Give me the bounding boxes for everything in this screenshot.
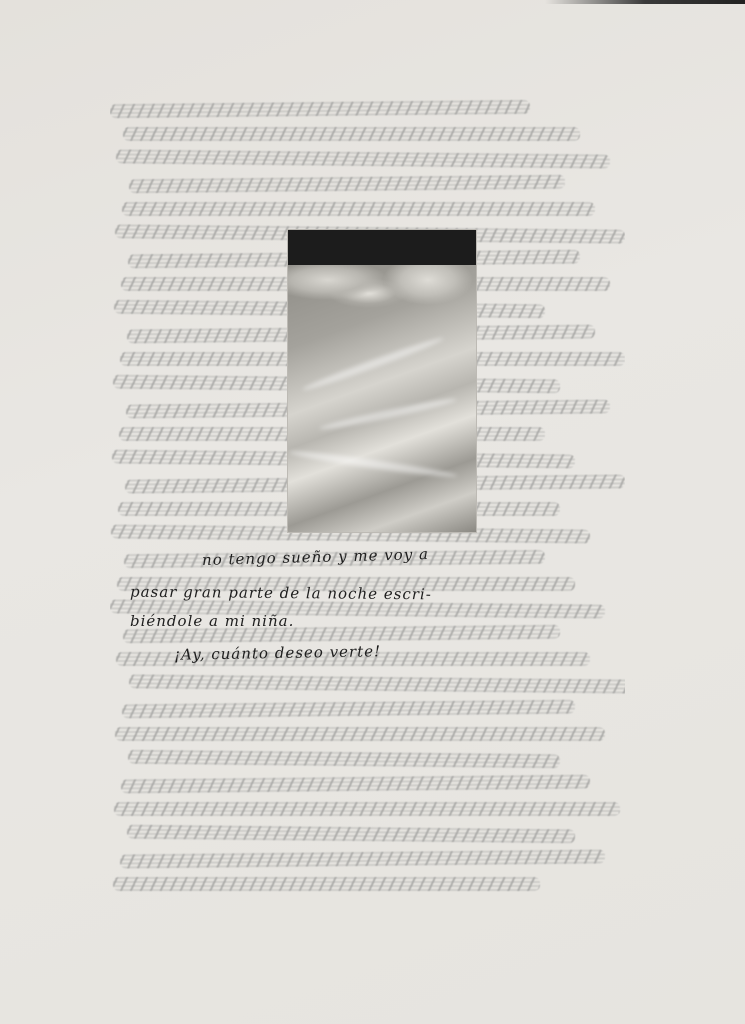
script-texture-row	[122, 700, 575, 719]
note-line-4: ¡Ay, cuánto deseo verte!	[174, 642, 381, 664]
script-texture-row	[129, 175, 565, 194]
script-texture-row	[121, 775, 590, 794]
script-texture-row	[120, 849, 605, 868]
script-texture-row	[127, 825, 575, 844]
script-texture-row	[115, 727, 605, 741]
script-texture-row	[129, 674, 625, 693]
script-texture-row	[110, 100, 530, 118]
photo-dark-background	[288, 230, 476, 270]
script-texture-row	[122, 202, 595, 216]
note-line-3: biéndole a mi niña.	[130, 612, 294, 630]
paper-corner-edge	[545, 0, 745, 4]
bed-photograph	[288, 230, 476, 532]
script-texture-row	[123, 127, 580, 141]
script-texture-row	[113, 877, 540, 891]
script-texture-row	[114, 802, 620, 816]
script-texture-row	[128, 750, 560, 769]
script-texture-row	[116, 149, 610, 168]
note-line-2: pasar gran parte de la noche escri-	[130, 583, 432, 604]
